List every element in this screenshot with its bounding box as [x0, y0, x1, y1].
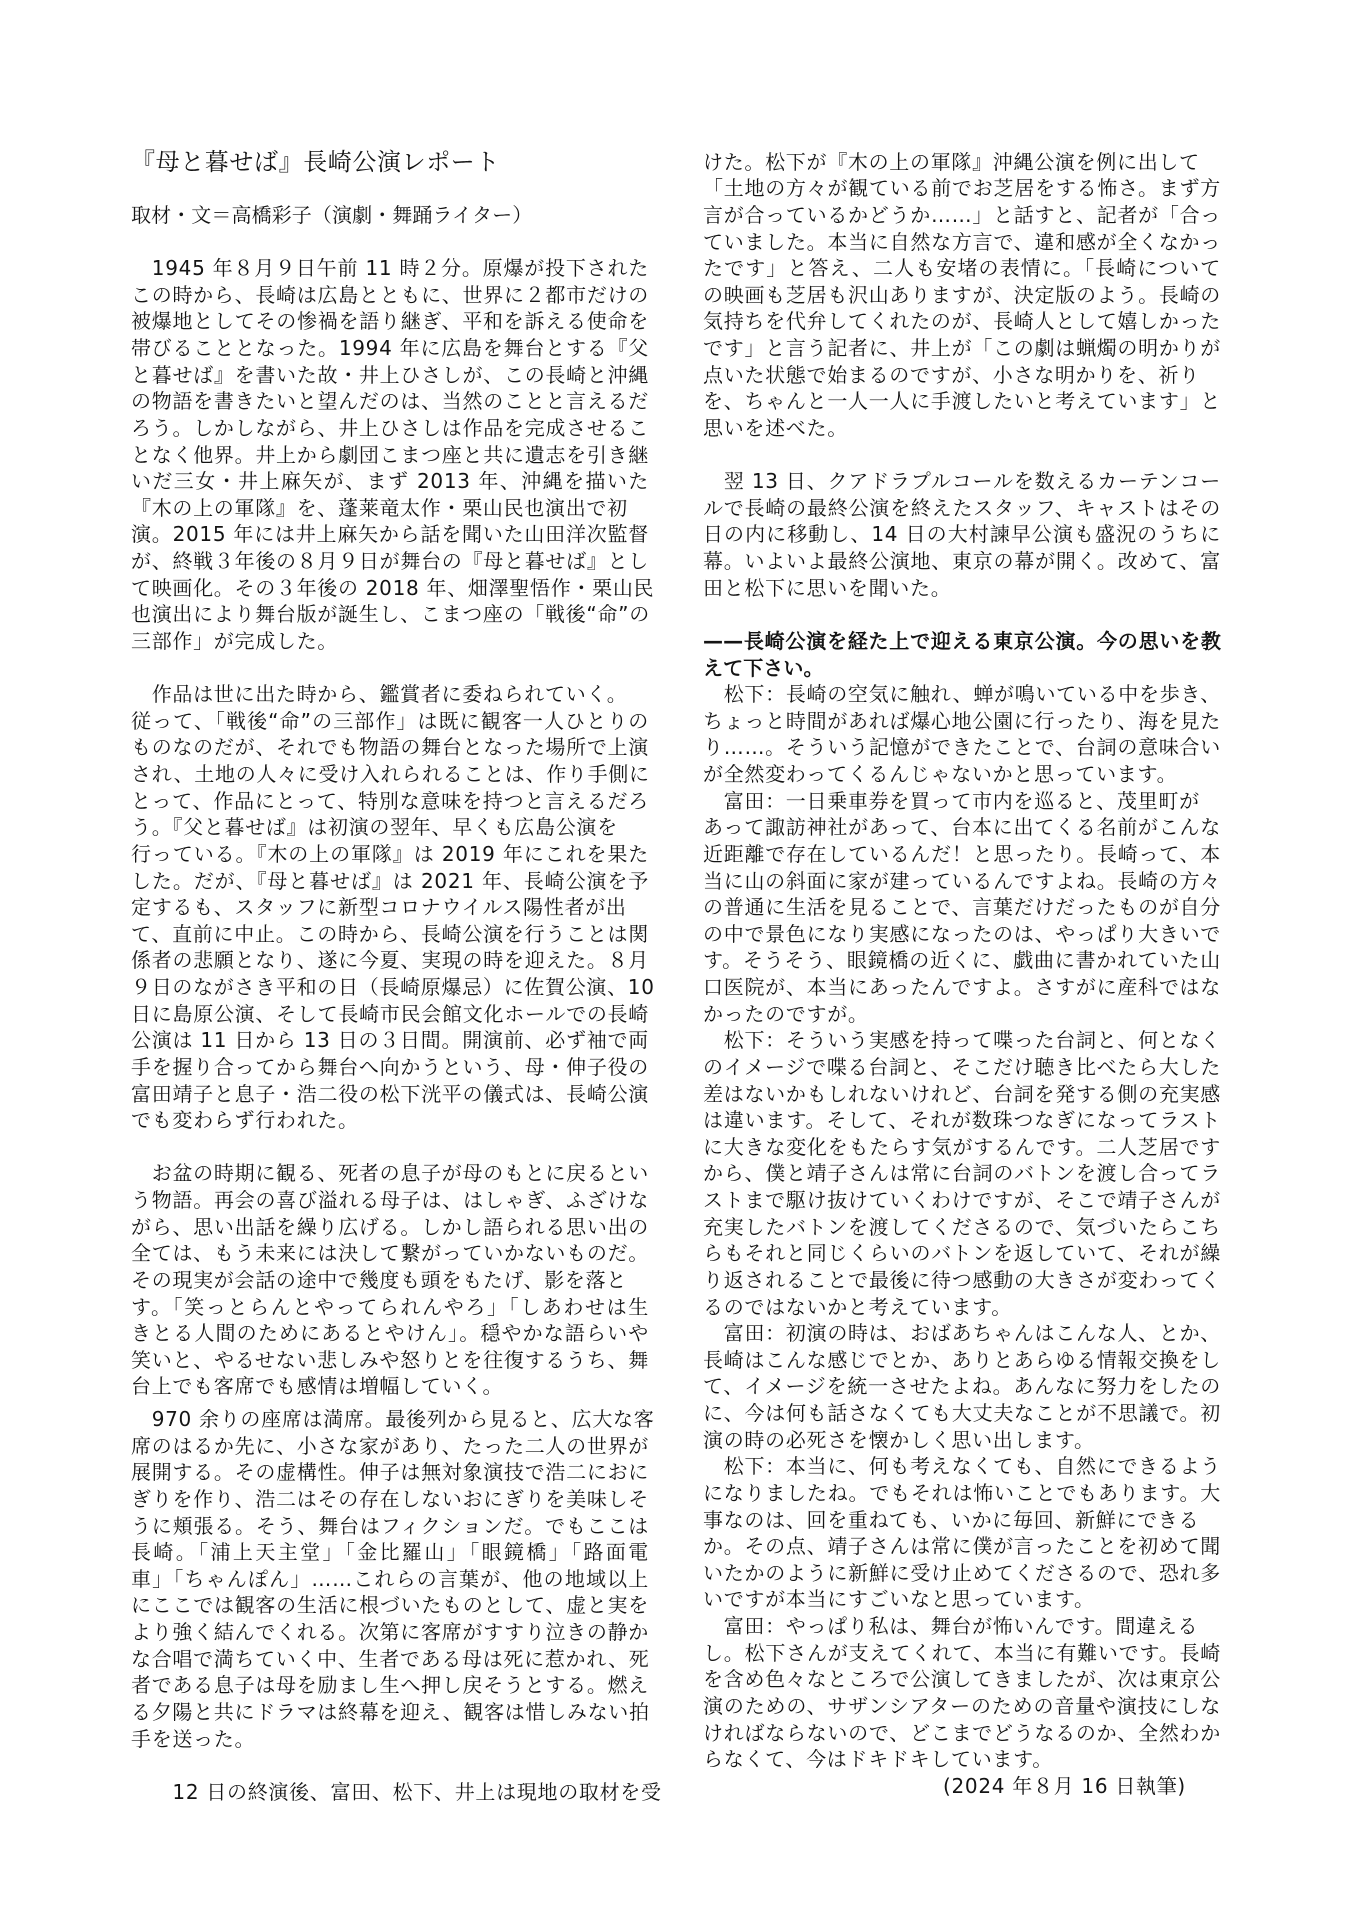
text-line: 展開する。その虚構性。伸子は無対象演技で浩二におに	[131, 1459, 649, 1486]
text-line: になりましたね。でもそれは怖いことでもあります。大	[703, 1480, 1221, 1507]
text-line: きとる人間のためにあるとやけん」。穏やかな語らいや	[131, 1320, 649, 1347]
question-line: えて下さい。	[703, 655, 1221, 682]
text-line: かったのですが。	[703, 1001, 1221, 1028]
answer-matsushita-3: 松下：本当に、何も考えなくても、自然にできるよう になりましたね。でもそれは怖い…	[703, 1453, 1221, 1613]
text-line: ぎりを作り、浩二はその存在しないおにぎりを美味しそ	[131, 1486, 649, 1513]
text-line: あって諏訪神社があって、台本に出てくる名前がこんな	[703, 814, 1221, 841]
text-line: 松下：長崎の空気に触れ、蝉が鳴いている中を歩き、	[703, 681, 1221, 708]
text-line: 富田：初演の時は、おばあちゃんはこんな人、とか、	[703, 1320, 1221, 1347]
text-line: 手を握り合ってから舞台へ向かうという、母・伸子役の	[131, 1054, 649, 1081]
text-line: 係者の悲願となり、遂に今夏、実現の時を迎えた。８月	[131, 947, 649, 974]
paragraph-intro: 1945 年８月９日午前 11 時２分。原爆が投下された この時から、長崎は広島…	[131, 255, 649, 654]
paragraph-audience: 作品は世に出た時から、鑑賞者に委ねられていく。 従って、「戦後“命”の三部作」は…	[131, 681, 649, 1134]
text-line: 車」「ちゃんぽん」……これらの言葉が、他の地域以上	[131, 1566, 649, 1593]
text-line: とって、作品にとって、特別な意味を持つと言えるだろ	[131, 788, 649, 815]
text-line: うに頬張る。そう、舞台はフィクションだ。でもここは	[131, 1513, 649, 1540]
text-line: のイメージで喋る台詞と、そこだけ聴き比べたら大した	[703, 1054, 1221, 1081]
text-line: の中で景色になり実感になったのは、やっぱり大きいで	[703, 921, 1221, 948]
text-line: 帯びることとなった。1994 年に広島を舞台とする『父	[131, 335, 649, 362]
text-line: 日の内に移動し、14 日の大村諫早公演も盛況のうちに	[703, 521, 1221, 548]
text-line: 思いを述べた。	[703, 415, 1221, 442]
spacer	[703, 601, 1221, 628]
answer-tomita-3: 富田：やっぱり私は、舞台が怖いんです。間違える し。松下さんが支えてくれて、本当…	[703, 1613, 1221, 1773]
paragraph-interview-start: 12 日の終演後、富田、松下、井上は現地の取材を受	[131, 1779, 649, 1806]
text-line: され、土地の人々に受け入れられることは、作り手側に	[131, 761, 649, 788]
text-line: ９日のながさき平和の日（長崎原爆忌）に佐賀公演、10	[131, 974, 649, 1001]
text-line: です」と言う記者に、井上が「この劇は蝋燭の明かりが	[703, 335, 1221, 362]
answer-tomita-1: 富田：一日乗車券を買って市内を巡ると、茂里町が あって諏訪神社があって、台本に出…	[703, 788, 1221, 1028]
interview-question: ——長崎公演を経た上で迎える東京公演。今の思いを教 えて下さい。	[703, 628, 1221, 681]
text-line: 970 余りの座席は満席。最後列から見ると、広大な客	[131, 1406, 649, 1433]
paragraph-story: お盆の時期に観る、死者の息子が母のもとに戻るとい う物語。再会の喜び溢れる母子は…	[131, 1160, 649, 1400]
text-line: を、ちゃんと一人一人に手渡したいと考えています」と	[703, 388, 1221, 415]
byline: 取材・文＝高橋彩子（演劇・舞踊ライター）	[131, 202, 649, 229]
text-line: う。『父と暮せば』は初演の翌年、早くも広島公演を	[131, 814, 649, 841]
text-line: ストまで駆け抜けていくわけですが、そこで靖子さんが	[703, 1187, 1221, 1214]
text-line: 演のための、サザンシアターのための音量や演技にしな	[703, 1693, 1221, 1720]
text-line: いたかのように新鮮に受け止めてくださるので、恐れ多	[703, 1560, 1221, 1587]
text-line: より強く結んでくれる。次第に客席がすすり泣きの静か	[131, 1619, 649, 1646]
text-line: 演。2015 年には井上麻矢から話を聞いた山田洋次監督	[131, 521, 649, 548]
text-line: 長崎。「浦上天主堂」「金比羅山」「眼鏡橋」「路面電	[131, 1539, 649, 1566]
answer-matsushita-1: 松下：長崎の空気に触れ、蝉が鳴いている中を歩き、 ちょっと時間があれば爆心地公園…	[703, 681, 1221, 788]
text-line: らもそれと同じくらいのバトンを返していて、それが繰	[703, 1240, 1221, 1267]
text-line: 富田靖子と息子・浩二役の松下洸平の儀式は、長崎公演	[131, 1081, 649, 1108]
text-line: 也演出により舞台版が誕生し、こまつ座の「戦後“命”の	[131, 601, 649, 628]
text-line: に大きな変化をもたらす気がするんです。二人芝居です	[703, 1134, 1221, 1161]
text-line: 事なのは、回を重ねても、いかに毎回、新鮮にできる	[703, 1507, 1221, 1534]
article-title: 『母と暮せば』長崎公演レポート	[131, 149, 649, 176]
text-line: 行っている。『木の上の軍隊』は 2019 年にこれを果た	[131, 841, 649, 868]
text-line: ちょっと時間があれば爆心地公園に行ったり、海を見た	[703, 708, 1221, 735]
text-line: たです」と答え、二人も安堵の表情に。「長崎について	[703, 255, 1221, 282]
spacer	[703, 442, 1221, 469]
text-line: て、イメージを統一させたよね。あんなに努力をしたの	[703, 1373, 1221, 1400]
text-line: いですが本当にすごいなと思っています。	[703, 1586, 1221, 1613]
text-line: した。だが、『母と暮せば』は 2021 年、長崎公演を予	[131, 868, 649, 895]
text-line: にここでは観客の生活に根づいたものとして、虚と実を	[131, 1592, 649, 1619]
text-line: の普通に生活を見ることで、言葉だけだったものが自分	[703, 894, 1221, 921]
text-line: 演の時の必死さを懐かしく思い出します。	[703, 1427, 1221, 1454]
text-line: らなくて、今はドキドキしています。	[703, 1746, 1221, 1773]
text-line: て、直前に中止。この時から、長崎公演を行うことは関	[131, 921, 649, 948]
text-line: 日に島原公演、そして長崎市民会館文化ホールでの長崎	[131, 1001, 649, 1028]
text-line: から、僕と靖子さんは常に台詞のバトンを渡し合ってラ	[703, 1160, 1221, 1187]
answer-matsushita-2: 松下：そういう実感を持って喋った台詞と、何となく のイメージで喋る台詞と、そこだ…	[703, 1027, 1221, 1320]
text-line: 富田：やっぱり私は、舞台が怖いんです。間違える	[703, 1613, 1221, 1640]
text-line: 点いた状態で始まるのですが、小さな明かりを、祈り	[703, 362, 1221, 389]
text-line: 差はないかもしれないけれど、台詞を発する側の充実感	[703, 1081, 1221, 1108]
spacer	[131, 1752, 649, 1779]
text-line: 被爆地としてその惨禍を語り継ぎ、平和を訴える使命を	[131, 308, 649, 335]
text-line: 笑いと、やるせない悲しみや怒りとを往復するうち、舞	[131, 1347, 649, 1374]
spacer	[131, 655, 649, 682]
text-line: る夕陽と共にドラマは終幕を迎え、観客は惜しみない拍	[131, 1699, 649, 1726]
text-line: 1945 年８月９日午前 11 時２分。原爆が投下された	[131, 255, 649, 282]
text-line: 翌 13 日、クアドラプルコールを数えるカーテンコー	[703, 468, 1221, 495]
text-line: 口医院が、本当にあったんですよ。さすがに産科ではな	[703, 974, 1221, 1001]
text-line: 当に山の斜面に家が建っているんですよね。長崎の方々	[703, 868, 1221, 895]
text-line: に、今は何も話さなくても大丈夫なことが不思議で。初	[703, 1400, 1221, 1427]
text-line: 「土地の方々が観ている前でお芝居をする怖さ。まず方	[703, 175, 1221, 202]
spacer	[131, 229, 649, 256]
text-line: 従って、「戦後“命”の三部作」は既に観客一人ひとりの	[131, 708, 649, 735]
text-line: るのではないかと考えています。	[703, 1294, 1221, 1321]
paragraph-interview-cont: けた。松下が『木の上の軍隊』沖縄公演を例に出して 「土地の方々が観ている前でお芝…	[703, 149, 1221, 442]
text-line: 公演は 11 日から 13 日の３日間。開演前、必ず袖で両	[131, 1027, 649, 1054]
right-column: けた。松下が『木の上の軍隊』沖縄公演を例に出して 「土地の方々が観ている前でお芝…	[703, 149, 1221, 1800]
text-line: いだ三女・井上麻矢が、まず 2013 年、沖縄を描いた	[131, 468, 649, 495]
text-line: を含め色々なところで公演してきましたが、次は東京公	[703, 1666, 1221, 1693]
text-line: て映画化。その３年後の 2018 年、畑澤聖悟作・栗山民	[131, 575, 649, 602]
paragraph-venue: 970 余りの座席は満席。最後列から見ると、広大な客 席のはるか先に、小さな家が…	[131, 1406, 649, 1752]
question-line: ——長崎公演を経た上で迎える東京公演。今の思いを教	[703, 628, 1221, 655]
text-line: 三部作」が完成した。	[131, 628, 649, 655]
text-line: 『木の上の軍隊』を、蓬莱竜太作・栗山民也演出で初	[131, 495, 649, 522]
text-line: でも変わらず行われた。	[131, 1107, 649, 1134]
text-line: 手を送った。	[131, 1726, 649, 1753]
text-line: と暮せば』を書いた故・井上ひさしが、この長崎と沖縄	[131, 362, 649, 389]
text-line: う物語。再会の喜び溢れる母子は、はしゃぎ、ふざけな	[131, 1187, 649, 1214]
document-page: 『母と暮せば』長崎公演レポート 取材・文＝高橋彩子（演劇・舞踊ライター） 194…	[0, 0, 1356, 1920]
text-line: 充実したバトンを渡してくださるので、気づいたらこち	[703, 1214, 1221, 1241]
text-line: 近距離で存在しているんだ！と思ったり。長崎って、本	[703, 841, 1221, 868]
left-column: 『母と暮せば』長崎公演レポート 取材・文＝高橋彩子（演劇・舞踊ライター） 194…	[131, 149, 649, 1806]
text-line: その現実が会話の途中で幾度も頭をもたげ、影を落と	[131, 1267, 649, 1294]
text-line: 気持ちを代弁してくれたのが、長崎人として嬉しかった	[703, 308, 1221, 335]
text-line: 12 日の終演後、富田、松下、井上は現地の取材を受	[131, 1779, 649, 1806]
text-line: 幕。いよいよ最終公演地、東京の幕が開く。改めて、富	[703, 548, 1221, 575]
text-line: な合唱で満ちていく中、生者である母は死に惹かれ、死	[131, 1646, 649, 1673]
text-line: 者である息子は母を励まし生へ押し戻そうとする。燃え	[131, 1672, 649, 1699]
text-line: 田と松下に思いを聞いた。	[703, 575, 1221, 602]
text-line: ろう。しかしながら、井上ひさしは作品を完成させるこ	[131, 415, 649, 442]
text-line: ていました。本当に自然な方言で、違和感が全くなかっ	[703, 229, 1221, 256]
text-line: が、終戦３年後の８月９日が舞台の『母と暮せば』とし	[131, 548, 649, 575]
text-line: 席のはるか先に、小さな家があり、たった二人の世界が	[131, 1433, 649, 1460]
text-line: の物語を書きたいと望んだのは、当然のことと言えるだ	[131, 388, 649, 415]
text-line: ものなのだが、それでも物語の舞台となった場所で上演	[131, 734, 649, 761]
text-line: がら、思い出話を繰り広げる。しかし語られる思い出の	[131, 1214, 649, 1241]
text-line: となく他界。井上から劇団こまつ座と共に遺志を引き継	[131, 442, 649, 469]
text-line: お盆の時期に観る、死者の息子が母のもとに戻るとい	[131, 1160, 649, 1187]
text-line: ルで長崎の最終公演を終えたスタッフ、キャストはその	[703, 495, 1221, 522]
spacer	[131, 1134, 649, 1161]
text-line: が全然変わってくるんじゃないかと思っています。	[703, 761, 1221, 788]
text-line: す。そうそう、眼鏡橋の近くに、戯曲に書かれていた山	[703, 947, 1221, 974]
text-line: 定するも、スタッフに新型コロナウイルス陽性者が出	[131, 894, 649, 921]
paragraph-tokyo: 翌 13 日、クアドラプルコールを数えるカーテンコー ルで長崎の最終公演を終えた…	[703, 468, 1221, 601]
text-line: り返されることで最後に待つ感動の大きさが変わってく	[703, 1267, 1221, 1294]
text-line: 松下：そういう実感を持って喋った台詞と、何となく	[703, 1027, 1221, 1054]
text-line: けた。松下が『木の上の軍隊』沖縄公演を例に出して	[703, 149, 1221, 176]
spacer	[131, 175, 649, 202]
text-line: 富田：一日乗車券を買って市内を巡ると、茂里町が	[703, 788, 1221, 815]
text-line: か。その点、靖子さんは常に僕が言ったことを初めて聞	[703, 1533, 1221, 1560]
dateline: (2024 年８月 16 日執筆)	[703, 1773, 1221, 1800]
text-line: 全ては、もう未来には決して繋がっていかないものだ。	[131, 1240, 649, 1267]
text-line: り……。そういう記憶ができたことで、台詞の意味合い	[703, 734, 1221, 761]
text-line: 長崎はこんな感じでとか、ありとあらゆる情報交換をし	[703, 1347, 1221, 1374]
text-line: 作品は世に出た時から、鑑賞者に委ねられていく。	[131, 681, 649, 708]
text-line: は違います。そして、それが数珠つなぎになってラスト	[703, 1107, 1221, 1134]
text-line: す。「笑っとらんとやってられんやろ」「しあわせは生	[131, 1294, 649, 1321]
answer-tomita-2: 富田：初演の時は、おばあちゃんはこんな人、とか、 長崎はこんな感じでとか、ありと…	[703, 1320, 1221, 1453]
text-line: この時から、長崎は広島とともに、世界に２都市だけの	[131, 282, 649, 309]
text-line: 松下：本当に、何も考えなくても、自然にできるよう	[703, 1453, 1221, 1480]
text-line: し。松下さんが支えてくれて、本当に有難いです。長崎	[703, 1640, 1221, 1667]
text-line: の映画も芝居も沢山ありますが、決定版のよう。長崎の	[703, 282, 1221, 309]
text-line: ければならないので、どこまでどうなるのか、全然わか	[703, 1720, 1221, 1747]
text-line: 言が合っているかどうか……」と話すと、記者が「合っ	[703, 202, 1221, 229]
text-line: 台上でも客席でも感情は増幅していく。	[131, 1373, 649, 1400]
